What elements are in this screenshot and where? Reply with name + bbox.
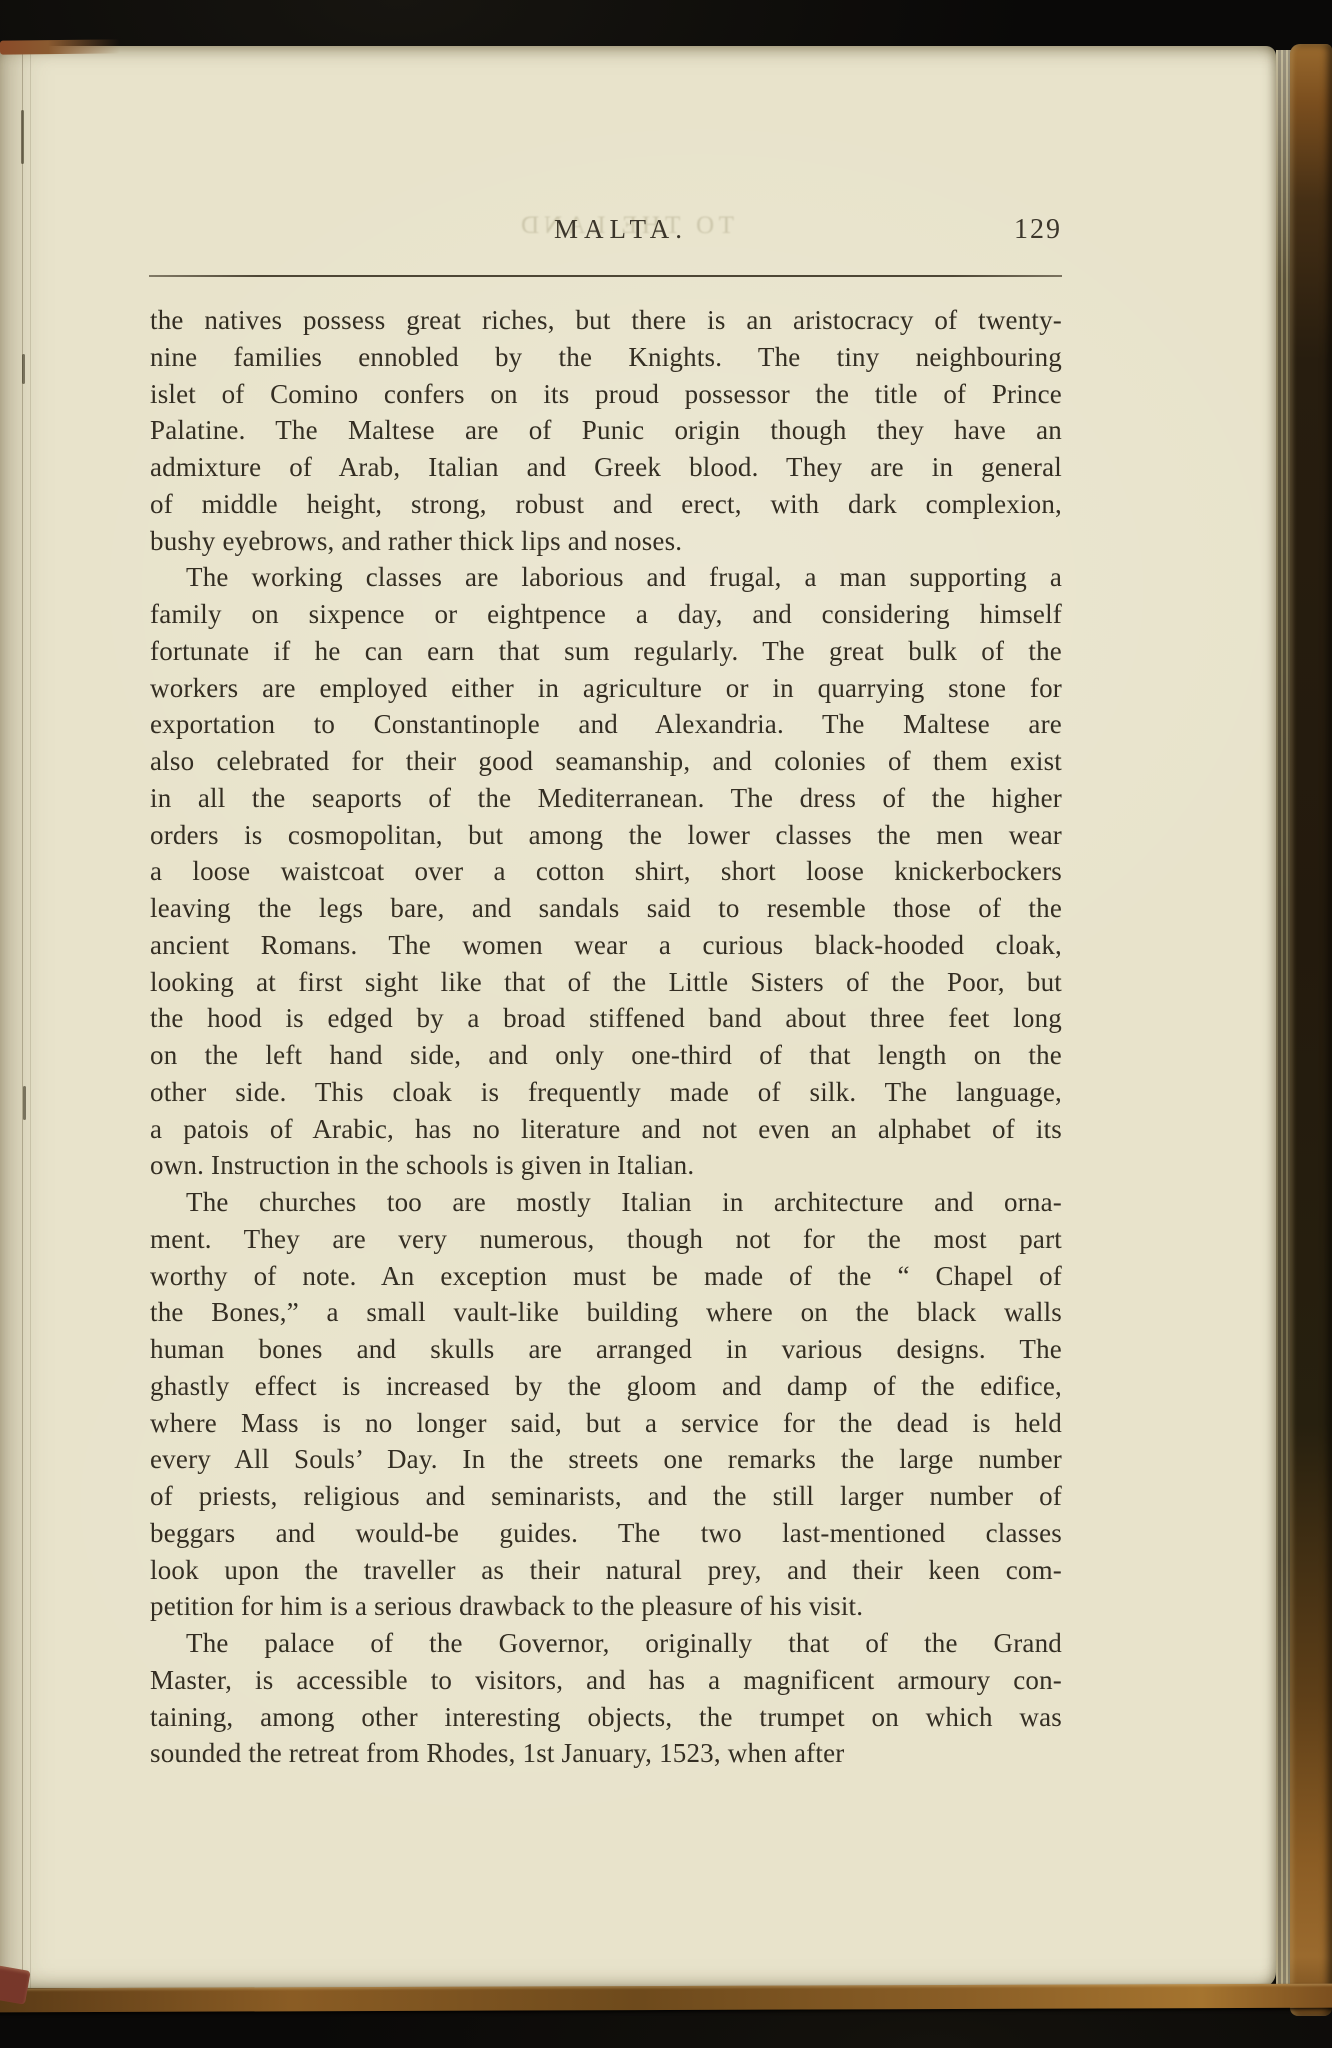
text-line: The palace of the Governor, originally t… xyxy=(150,1625,1062,1662)
text-line: look upon the traveller as their natural… xyxy=(150,1552,1062,1589)
text-line: islet of Comino confers on its proud pos… xyxy=(150,376,1062,413)
text-line: The churches too are mostly Italian in a… xyxy=(150,1184,1062,1221)
text-line: sounded the retreat from Rhodes, 1st Jan… xyxy=(150,1735,1062,1772)
text-line: ghastly effect is increased by the gloom… xyxy=(150,1368,1062,1405)
text-line: on the left hand side, and only one-thir… xyxy=(150,1037,1062,1074)
text-line: Palatine. The Maltese are of Punic origi… xyxy=(150,412,1062,449)
text-line: the natives possess great riches, but th… xyxy=(150,302,1062,339)
text-line: the hood is edged by a broad stiffened b… xyxy=(150,1000,1062,1037)
text-line: ment. They are very numerous, though not… xyxy=(150,1221,1062,1258)
text-line: also celebrated for their good seamanshi… xyxy=(150,743,1062,780)
text-line: other side. This cloak is frequently mad… xyxy=(150,1074,1062,1111)
text-line: of priests, religious and seminarists, a… xyxy=(150,1478,1062,1515)
gutter-crease xyxy=(22,46,23,1988)
text-line: own. Instruction in the schools is given… xyxy=(150,1147,1062,1184)
text-line: fortunate if he can earn that sum regula… xyxy=(150,633,1062,670)
text-line: nine families ennobled by the Knights. T… xyxy=(150,339,1062,376)
crease-mark xyxy=(22,354,25,384)
text-line: worthy of note. An exception must be mad… xyxy=(150,1258,1062,1295)
text-line: Master, is accessible to visitors, and h… xyxy=(150,1662,1062,1699)
text-line: beggars and would-be guides. The two las… xyxy=(150,1515,1062,1552)
page-number: 129 xyxy=(962,214,1062,246)
text-line: in all the seaports of the Mediterranean… xyxy=(150,780,1062,817)
text-block: the natives possess great riches, but th… xyxy=(150,302,1062,1772)
text-line: bushy eyebrows, and rather thick lips an… xyxy=(150,523,1062,560)
text-line: admixture of Arab, Italian and Greek blo… xyxy=(150,449,1062,486)
text-line: where Mass is no longer said, but a serv… xyxy=(150,1405,1062,1442)
text-line: ancient Romans. The women wear a curious… xyxy=(150,927,1062,964)
leather-cover-right xyxy=(1290,44,1332,2016)
text-line: exportation to Constantinople and Alexan… xyxy=(150,706,1062,743)
binding-edge-top-left xyxy=(0,39,120,54)
text-line: a loose waistcoat over a cotton shirt, s… xyxy=(150,853,1062,890)
text-line: The working classes are laborious and fr… xyxy=(150,559,1062,596)
text-line: human bones and skulls are arranged in v… xyxy=(150,1331,1062,1368)
header-rule xyxy=(149,275,1062,277)
text-line: petition for him is a serious drawback t… xyxy=(150,1588,1062,1625)
text-line: orders is cosmopolitan, but among the lo… xyxy=(150,817,1062,854)
text-line: family on sixpence or eightpence a day, … xyxy=(150,596,1062,633)
running-header: MALTA. xyxy=(150,214,1062,245)
text-line: taining, among other interesting objects… xyxy=(150,1699,1062,1736)
leather-cover-bottom xyxy=(0,1984,1332,2013)
text-line: a patois of Arabic, has no literature an… xyxy=(150,1111,1062,1148)
text-line: the Bones,” a small vault-like building … xyxy=(150,1294,1062,1331)
text-line: of middle height, strong, robust and ere… xyxy=(150,486,1062,523)
text-line: workers are employed either in agricultu… xyxy=(150,670,1062,707)
crease-mark xyxy=(23,1086,26,1120)
text-line: every All Souls’ Day. In the streets one… xyxy=(150,1441,1062,1478)
crease-mark xyxy=(21,110,24,164)
text-line: looking at first sight like that of the … xyxy=(150,964,1062,1001)
gutter-crease xyxy=(30,46,31,1988)
text-line: leaving the legs bare, and sandals said … xyxy=(150,890,1062,927)
